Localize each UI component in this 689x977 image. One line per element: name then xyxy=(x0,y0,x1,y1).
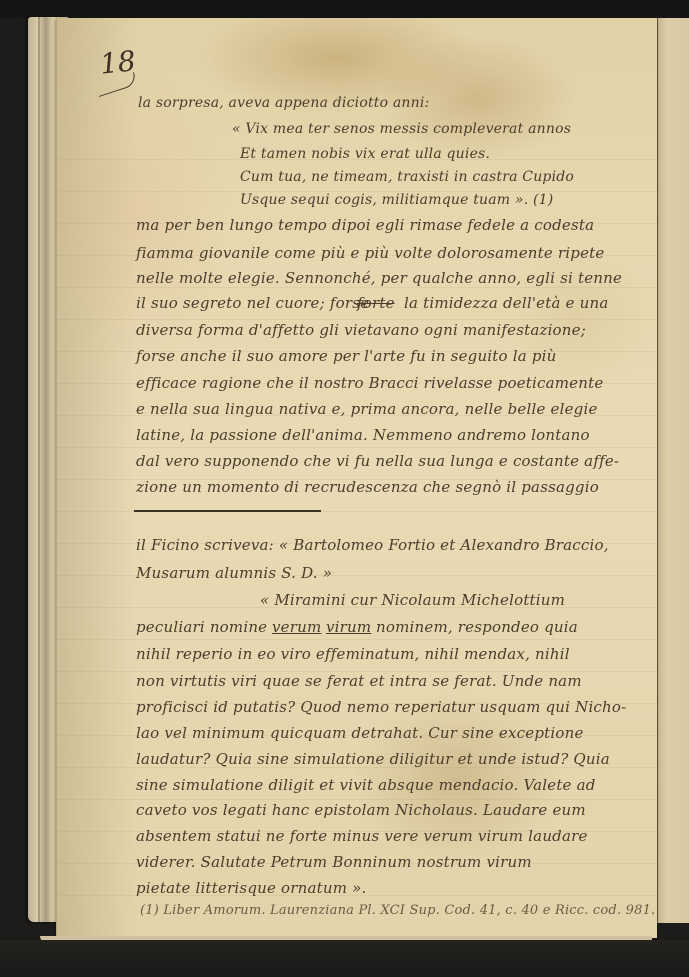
verse-line: Et tamen nobis vix erat ulla quies. xyxy=(240,147,490,161)
text-line: fiamma giovanile come più e più volte do… xyxy=(136,246,604,261)
verse-line: Cum tua, ne timeam, traxisti in castra C… xyxy=(240,170,574,184)
text-line: non virtutis viri quae se ferat et intra… xyxy=(136,674,582,689)
text-line: dal vero supponendo che vi fu nella sua … xyxy=(136,454,619,469)
scan-background-bottom xyxy=(0,940,689,977)
text-line: il Ficino scriveva: « Bartolomeo Fortio … xyxy=(136,538,609,553)
text-line: nelle molte elegie. Sennonché, per qualc… xyxy=(136,271,622,286)
text-line: laudatur? Quia sine simulatione diligitu… xyxy=(136,752,610,767)
underlined-word: virum xyxy=(326,620,371,635)
text-line: il suo segreto nel cuore; forse xyxy=(136,296,369,311)
text-line: sine simulatione diligit et vivit absque… xyxy=(136,778,596,793)
verse-line: Usque sequi cogis, militiamque tuam ». (… xyxy=(240,193,553,207)
text-line: latine, la passione dell'anima. Nemmeno … xyxy=(136,428,590,443)
text-line: zione un momento di recrudescenza che se… xyxy=(136,480,599,495)
text-line: absentem statui ne forte minus vere veru… xyxy=(136,829,588,844)
text-line: la timidezza dell'età e una xyxy=(404,296,608,311)
scan-background-top xyxy=(0,0,689,18)
text-line: viderer. Salutate Petrum Bonninum nostru… xyxy=(136,855,532,870)
text-line: efficace ragione che il nostro Bracci ri… xyxy=(136,376,603,391)
facing-page-edge xyxy=(657,18,689,923)
text-line: la sorpresa, aveva appena diciotto anni: xyxy=(138,96,429,110)
text-line: e nella sua lingua nativa e, prima ancor… xyxy=(136,402,598,417)
text-line: forse anche il suo amore per l'arte fu i… xyxy=(136,349,557,364)
struck-word: forte xyxy=(357,296,395,311)
text-line: caveto vos legati hanc epistolam Nichola… xyxy=(136,803,586,818)
section-divider xyxy=(134,510,321,512)
verse-line: « Vix mea ter senos messis compleverat a… xyxy=(232,122,571,136)
footnote: (1) Liber Amorum. Laurenziana Pl. XCI Su… xyxy=(140,904,655,917)
underlined-word: verum xyxy=(272,620,321,635)
text-line: Musarum alumnis S. D. » xyxy=(136,566,332,581)
text-line: proficisci id putatis? Quod nemo reperia… xyxy=(136,700,626,715)
text-line: ma per ben lungo tempo dipoi egli rimase… xyxy=(136,218,594,233)
text-line: lao vel minimum quicquam detrahat. Cur s… xyxy=(136,726,584,741)
text-line: peculiari nomine xyxy=(136,620,267,635)
text-line: nihil reperio in eo viro effeminatum, ni… xyxy=(136,647,570,662)
text-line: diversa forma d'affetto gli vietavano og… xyxy=(136,323,586,338)
text-line: « Miramini cur Nicolaum Michelottium xyxy=(260,593,565,608)
manuscript-scan: 18 la sorpresa, aveva appena diciotto an… xyxy=(0,0,689,977)
text-line: nominem, respondeo quia xyxy=(376,620,578,635)
text-line: pietate litterisque ornatum ». xyxy=(136,881,366,896)
